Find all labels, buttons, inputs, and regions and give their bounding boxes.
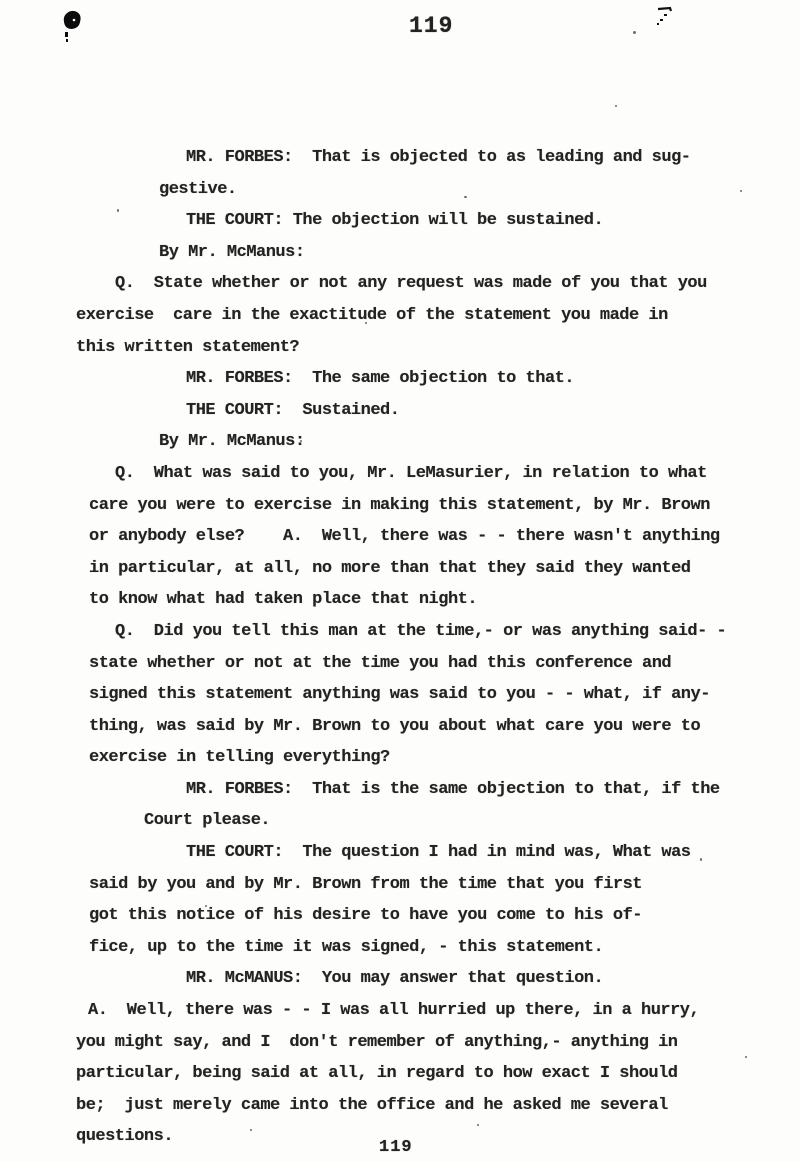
transcript-line: thing, was said by Mr. Brown to you abou… <box>0 711 800 743</box>
transcript-line: Q. Did you tell this man at the time,- o… <box>0 616 800 648</box>
transcript-line: care you were to exercise in making this… <box>0 490 800 522</box>
noise-speck <box>700 858 702 861</box>
transcript: MR. FORBES: That is objected to as leadi… <box>0 142 800 1153</box>
transcript-line: exercise in telling everything? <box>0 742 800 774</box>
transcript-line: A. Well, there was - - I was all hurried… <box>0 995 800 1027</box>
transcript-line: state whether or not at the time you had… <box>0 648 800 680</box>
pen-mark <box>652 5 676 29</box>
transcript-line: MR. FORBES: That is the same objection t… <box>0 774 800 806</box>
transcript-line: MR. FORBES: That is objected to as leadi… <box>0 142 800 174</box>
noise-speck <box>660 540 662 542</box>
noise-speck <box>300 440 302 442</box>
transcript-line: exercise care in the exactitude of the s… <box>0 300 800 332</box>
transcript-line: particular, being said at all, in regard… <box>0 1058 800 1090</box>
transcript-line: By Mr. McManus: <box>0 426 800 458</box>
transcript-line: By Mr. McManus: <box>0 237 800 269</box>
noise-speck <box>740 190 742 192</box>
transcript-line: you might say, and I don't remember of a… <box>0 1027 800 1059</box>
transcript-line: questions. <box>0 1121 800 1153</box>
noise-speck <box>250 1129 252 1131</box>
transcript-line: this written statement? <box>0 332 800 364</box>
noise-speck <box>365 322 367 324</box>
transcript-line: said by you and by Mr. Brown from the ti… <box>0 869 800 901</box>
ink-blot <box>58 8 88 48</box>
transcript-line: or anybody else? A. Well, there was - - … <box>0 521 800 553</box>
transcript-line: THE COURT: The question I had in mind wa… <box>0 837 800 869</box>
transcript-line: to know what had taken place that night. <box>0 584 800 616</box>
noise-speck <box>477 1124 479 1126</box>
transcript-line: signed this statement anything was said … <box>0 679 800 711</box>
transcript-line: Court please. <box>0 805 800 837</box>
transcript-line: MR. McMANUS: You may answer that questio… <box>0 963 800 995</box>
noise-speck <box>615 105 617 107</box>
transcript-line: MR. FORBES: The same objection to that. <box>0 363 800 395</box>
transcript-line: got this notice of his desire to have yo… <box>0 900 800 932</box>
noise-speck <box>633 31 636 34</box>
transcript-line: gestive. <box>0 174 800 206</box>
transcript-line: fice, up to the time it was signed, - th… <box>0 932 800 964</box>
transcript-line: THE COURT: The objection will be sustain… <box>0 205 800 237</box>
transcript-line: be; just merely came into the office and… <box>0 1090 800 1122</box>
noise-speck <box>205 905 207 907</box>
page: 119 119 MR. FORBES: That is objected to … <box>0 0 800 1162</box>
transcript-line: Q. State whether or not any request was … <box>0 268 800 300</box>
noise-speck <box>117 209 119 212</box>
transcript-line: Q. What was said to you, Mr. LeMasurier,… <box>0 458 800 490</box>
noise-speck <box>530 980 533 982</box>
transcript-line: in particular, at all, no more than that… <box>0 553 800 585</box>
transcript-line: THE COURT: Sustained. <box>0 395 800 427</box>
page-number-top: 119 <box>409 13 453 39</box>
noise-speck <box>464 196 467 198</box>
noise-speck <box>745 1056 747 1058</box>
